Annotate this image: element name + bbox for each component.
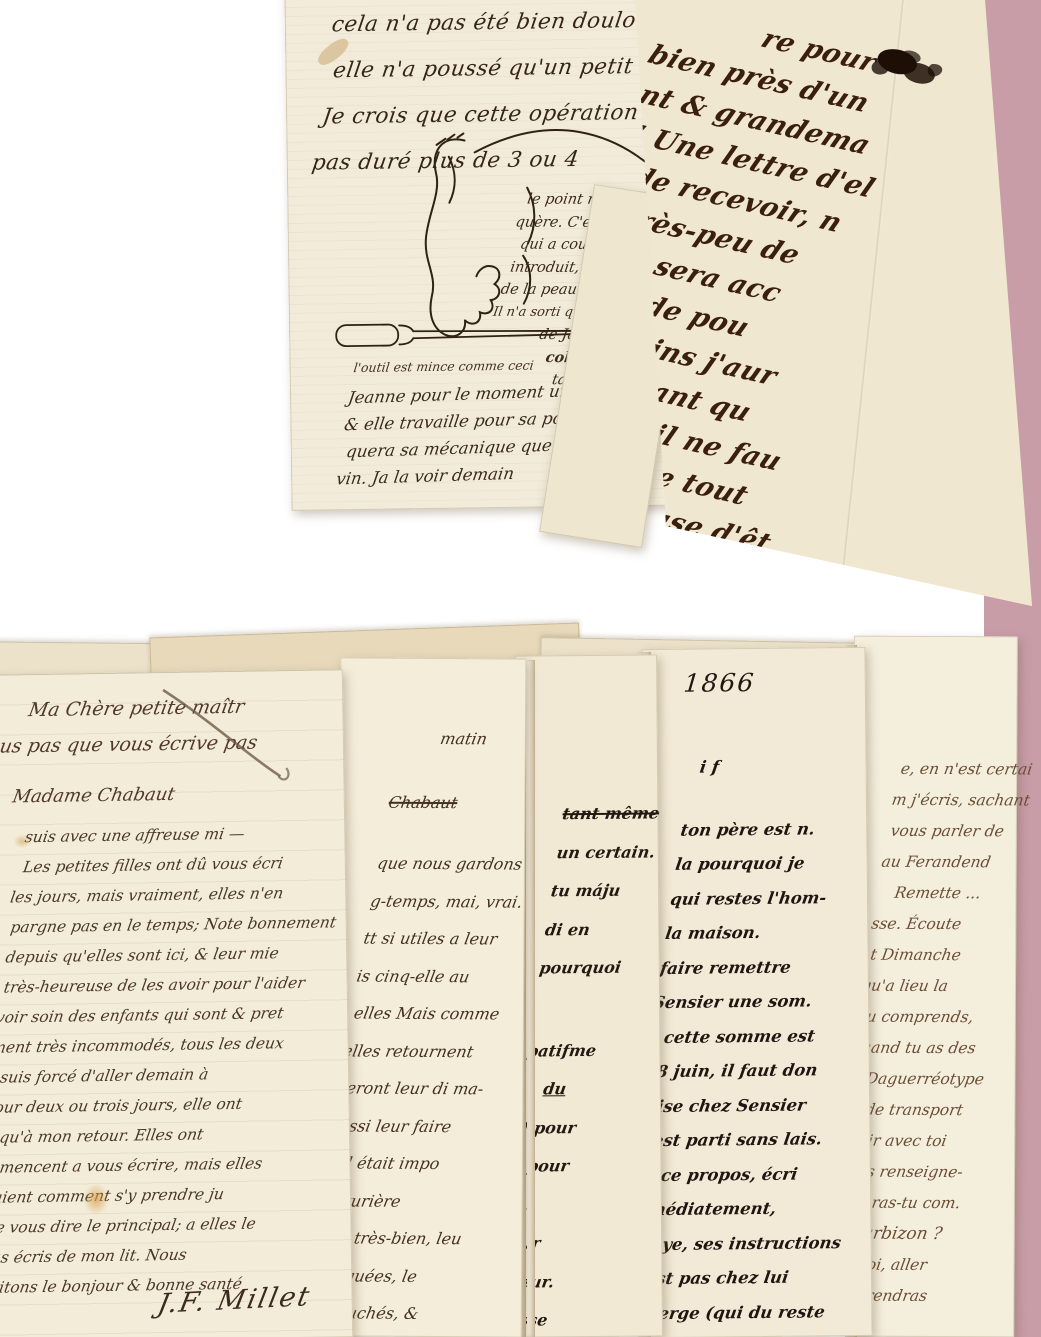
letter-page-1: Ma Chère petite maîtrous pas que vous éc… — [0, 669, 353, 1337]
handwritten-line: 18 juin, il faut don — [642, 1053, 869, 1090]
handwritten-line: qui restes l'hom- — [668, 880, 895, 917]
handwritten-line: Remette ... — [892, 878, 1017, 910]
handwritten-line: du — [540, 1070, 622, 1109]
handwritten-line: que nous gardons — [374, 845, 534, 884]
letter-4-year: 1866 — [682, 668, 756, 698]
handwritten-line: faire remettre — [658, 949, 885, 986]
handwritten-line: matin — [437, 720, 557, 758]
handwritten-line: tt si utiles a leur — [360, 920, 520, 959]
handwritten-line: is cinq-elle au — [354, 957, 514, 996]
handwritten-line: elles Mais comme — [351, 994, 507, 1032]
handwritten-line: tu máju — [548, 871, 652, 910]
handwritten-line: la maison. — [663, 915, 890, 952]
letter-page-4: 1866 i fton père est n.la pourquoi jequi… — [641, 647, 872, 1337]
handwritten-line: g-temps, mai, vrai. — [367, 882, 527, 921]
handwritten-line: pargne pas en le temps; Note bonnement — [8, 907, 338, 942]
millet-signature: J.F. Millet — [155, 1281, 314, 1320]
handwritten-line: e, en n'est certai — [898, 754, 1037, 786]
handwritten-line: un certain. — [554, 833, 658, 872]
handwritten-line: patifme — [524, 1031, 628, 1070]
handwritten-line: m j'écris, sachant — [889, 785, 1032, 817]
handwritten-line: elle n'a poussé qu'un petit — [330, 43, 685, 94]
knife-caption: l'outil est mince comme ceci — [353, 358, 535, 376]
letter-page-2: matinChabautque nous gardonsg-temps, mai… — [336, 657, 527, 1337]
handwritten-line: il est parti sans lais. — [632, 1122, 859, 1159]
handwritten-line: elles retournent — [340, 1032, 500, 1071]
handwritten-line: sse. Écoute — [869, 909, 1012, 941]
handwritten-line: au Ferandend — [879, 847, 1022, 879]
handwritten-line: Sensier une som. — [651, 984, 880, 1021]
handwritten-line: t Dimanche — [868, 940, 1007, 972]
photograph-of-manuscript-letters: e, en n'est certaim j'écris, sachantvous… — [0, 0, 1041, 1337]
handwritten-line: cette somme est — [661, 1018, 874, 1055]
handwritten-line: pourquoi — [537, 949, 641, 988]
handwritten-line: neront leur di ma- — [333, 1069, 493, 1108]
handwritten-line: te de vous dire le principal; a elles le — [0, 1208, 290, 1243]
handwritten-line: commencent a vous écrire, mais elles — [0, 1148, 300, 1183]
letter-page-top-right: re pourbien près d'unment & grandematant… — [600, 0, 1040, 616]
foxing-stain — [83, 1183, 109, 1215]
pencil-strike-mark — [101, 680, 323, 793]
letter-1-salutation: Madame Chabaut — [11, 784, 177, 808]
knife-sketch — [333, 311, 594, 361]
handwritten-line: ment très incommodés, tous les deux — [0, 1028, 319, 1063]
handwritten-line: la pourquoi je — [673, 845, 900, 882]
handwritten-line: di en — [542, 910, 646, 949]
handwritten-line: mise chez Sensier — [637, 1087, 864, 1124]
handwritten-line: i f — [697, 748, 914, 785]
letter-1-body-lines: suis avec une affreuse mi —Les petites f… — [0, 817, 353, 1303]
handwritten-line: tu comprends, — [858, 1002, 997, 1034]
handwritten-line: ton père est n. — [678, 811, 905, 848]
handwritten-line: vous parler de — [888, 816, 1027, 848]
handwritten-line: Chabaut — [385, 783, 545, 822]
handwritten-line: tant même — [560, 794, 664, 833]
